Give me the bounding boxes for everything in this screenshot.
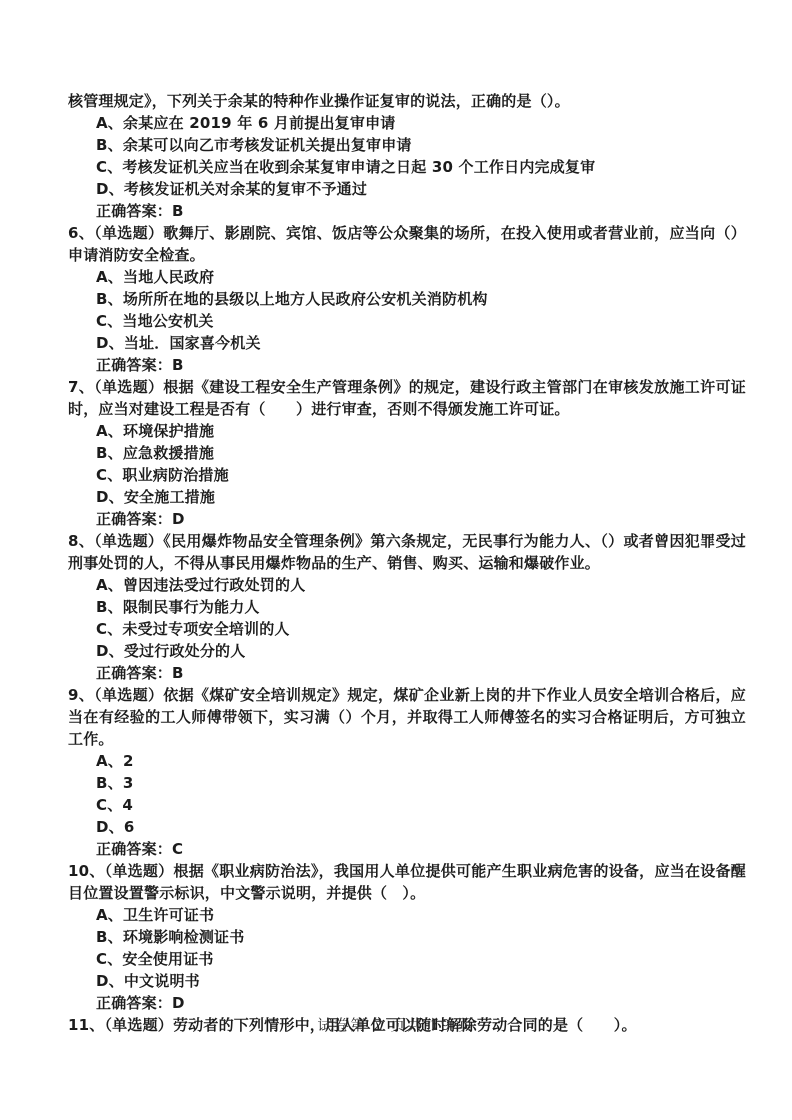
exam-page: 核管理规定》，下列关于余某的特种作业操作证复审的说法，正确的是（）。 A、余某应… <box>0 0 792 1120</box>
question-stem: 7、（单选题）根据《建设工程安全生产管理条例》的规定，建设行政主管部门在审核发放… <box>68 376 746 420</box>
answer-line: 正确答案：B <box>96 662 746 684</box>
question-8: 8、（单选题）《民用爆炸物品安全管理条例》第六条规定，无民事行为能力人、（）或者… <box>68 530 746 684</box>
option-a: A、曾因违法受过行政处罚的人 <box>96 574 746 596</box>
option-d: D、当址．国家喜今机关 <box>96 332 746 354</box>
answer-line: 正确答案：B <box>96 200 746 222</box>
option-c: C、当地公安机关 <box>96 310 746 332</box>
question-10: 10、（单选题）根据《职业病防治法》，我国用人单位提供可能产生职业病危害的设备，… <box>68 860 746 1014</box>
option-a: A、环境保护措施 <box>96 420 746 442</box>
option-b: B、场所所在地的县级以上地方人民政府公安机关消防机构 <box>96 288 746 310</box>
question-stem: 10、（单选题）根据《职业病防治法》，我国用人单位提供可能产生职业病危害的设备，… <box>68 860 746 904</box>
question-7: 7、（单选题）根据《建设工程安全生产管理条例》的规定，建设行政主管部门在审核发放… <box>68 376 746 530</box>
option-a: A、当地人民政府 <box>96 266 746 288</box>
question-5-continuation: 核管理规定》，下列关于余某的特种作业操作证复审的说法，正确的是（）。 A、余某应… <box>68 90 746 222</box>
question-stem: 6、（单选题）歌舞厅、影剧院、宾馆、饭店等公众聚集的场所，在投入使用或者营业前，… <box>68 222 746 266</box>
option-b: B、应急救援措施 <box>96 442 746 464</box>
question-9: 9、（单选题）依据《煤矿安全培训规定》规定，煤矿企业新上岗的井下作业人员安全培训… <box>68 684 746 860</box>
option-c: C、未受过专项安全培训的人 <box>96 618 746 640</box>
option-b: B、3 <box>96 772 746 794</box>
exam-content: 核管理规定》，下列关于余某的特种作业操作证复审的说法，正确的是（）。 A、余某应… <box>68 90 746 1036</box>
option-d: D、6 <box>96 816 746 838</box>
option-b: B、余某可以向乙市考核发证机关提出复审申请 <box>96 134 746 156</box>
option-b: B、限制民事行为能力人 <box>96 596 746 618</box>
option-a: A、卫生许可证书 <box>96 904 746 926</box>
option-c: C、安全使用证书 <box>96 948 746 970</box>
option-c: C、职业病防治措施 <box>96 464 746 486</box>
question-6: 6、（单选题）歌舞厅、影剧院、宾馆、饭店等公众聚集的场所，在投入使用或者营业前，… <box>68 222 746 376</box>
option-d: D、安全施工措施 <box>96 486 746 508</box>
answer-line: 正确答案：D <box>96 508 746 530</box>
option-c: C、考核发证机关应当在收到余某复审申请之日起 30 个工作日内完成复审 <box>96 156 746 178</box>
option-a: A、2 <box>96 750 746 772</box>
question-stem: 9、（单选题）依据《煤矿安全培训规定》规定，煤矿企业新上岗的井下作业人员安全培训… <box>68 684 746 750</box>
question-stem: 8、（单选题）《民用爆炸物品安全管理条例》第六条规定，无民事行为能力人、（）或者… <box>68 530 746 574</box>
option-d: D、中文说明书 <box>96 970 746 992</box>
answer-line: 正确答案：C <box>96 838 746 860</box>
page-footer: 试卷第 2 页共 19 页 <box>0 1014 792 1036</box>
option-b: B、环境影响检测证书 <box>96 926 746 948</box>
option-c: C、4 <box>96 794 746 816</box>
question-stem: 核管理规定》，下列关于余某的特种作业操作证复审的说法，正确的是（）。 <box>68 90 746 112</box>
answer-line: 正确答案：D <box>96 992 746 1014</box>
answer-line: 正确答案：B <box>96 354 746 376</box>
option-d: D、受过行政处分的人 <box>96 640 746 662</box>
option-d: D、考核发证机关对余某的复审不予通过 <box>96 178 746 200</box>
option-a: A、余某应在 2019 年 6 月前提出复审申请 <box>96 112 746 134</box>
